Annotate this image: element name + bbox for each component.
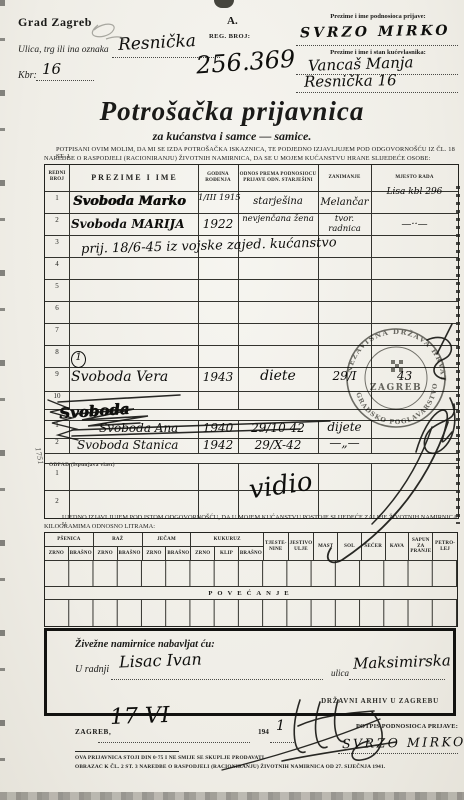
group-header-kukuruz: KUKURUZ (191, 533, 264, 547)
col-header-prezime-ime: PREZIME I IME (71, 173, 198, 183)
odpad-row: 1 vidio (45, 463, 458, 491)
scanned-form-page: Grad Zagreb Ulica, trg ili ina oznaka Re… (0, 0, 464, 800)
member-name-handwriting: Svoboda Marko (71, 194, 200, 209)
row-number: 7 (45, 323, 69, 334)
sub-header: BRAŠNO (69, 547, 94, 561)
footer-city-label: ZAGREB, (75, 728, 111, 736)
sub-header: BRAŠNO (166, 547, 191, 561)
shop-radnji-label: U radnji (75, 664, 109, 675)
scan-edge-bottom (0, 792, 464, 800)
sub-header: ZRNO (94, 547, 118, 561)
shop-dotted-line-2 (349, 679, 445, 680)
sub-header: BRAŠNO (118, 547, 143, 561)
col-header-mast: MAST (314, 533, 338, 561)
sub-header: KLIP (215, 547, 239, 561)
row-number: 3 (45, 235, 69, 246)
shop-heading: Živežne namirnice nabavljat ću: (75, 639, 215, 650)
stamp-shield (391, 360, 403, 372)
date-dotted-line (98, 742, 250, 743)
section-letter: A. (227, 15, 238, 27)
member-occupation-handwriting: tvor. radnica (318, 214, 371, 234)
member-year-handwriting: 1940 (198, 421, 238, 435)
member-relation-handwriting: 29/X-42 (238, 438, 318, 452)
registration-number-label: REG. BROJ: (209, 33, 250, 40)
supplies-declaration-line-2: KILOGRAMIMA ODNOSNO LITRAMA: (44, 523, 440, 530)
col-header-redni-broj: REDNI BROJ (45, 171, 69, 184)
row-note-handwriting: prij. 18/6-45 iz vojske zajed. kućanstvo (81, 232, 461, 257)
date-handwriting: 17 VI (110, 703, 170, 730)
house-owner-address-handwriting: Resnička 16 (304, 71, 397, 91)
member-year-handwriting: 1922 (198, 217, 238, 231)
row-number: 1 (45, 191, 69, 202)
member-workplace-handwriting: Lisa kbl 296 (371, 187, 458, 197)
official-round-stamp: NEZAVISNA DRŽAVA HRVATSKA GRADSKO POGLAV… (334, 320, 458, 438)
povecanje-row-label: POVEĆANJE (45, 587, 457, 600)
shop-street-handwriting: Maksimirska (353, 651, 451, 672)
group-header-jecam: JEČAM (143, 533, 192, 547)
stamp-inner-ring (365, 347, 427, 409)
signature-dotted-line (338, 753, 458, 754)
sub-header: ZRNO (143, 547, 167, 561)
group-header-raz: RAŽ (94, 533, 143, 547)
house-number-value-handwriting: 16 (42, 60, 61, 78)
member-relation-handwriting: diete (238, 368, 318, 384)
stamp-center-text: ZAGREB (370, 383, 422, 393)
row-number: 2 (45, 490, 69, 505)
table-row: 2 Svoboda MARIJA 1922 nevjenčana žena tv… (45, 213, 458, 236)
fineprint-line-2: OBRAZAC K ČL. 2 ST. 3 NAREDBE O RASPODJE… (75, 764, 455, 770)
member-name-handwriting: Svoboda Stanica (71, 438, 204, 452)
signature-name-handwriting: SVRZO MIRKO (342, 734, 464, 751)
member-workplace-handwriting: —··— (371, 219, 458, 230)
fineprint-rule (75, 751, 179, 752)
member-year-handwriting: 1942 (198, 438, 238, 452)
col-header-godina: GODINA ROĐENJA (198, 172, 238, 185)
member-name-handwriting: Svoboda Vera (71, 369, 198, 385)
col-header-jestivo-ulje: JESTIVO ULJE (289, 533, 315, 561)
food-supplies-table: PŠENICA RAŽ JEČAM KUKURUZ ZRNO BRAŠNO ZR… (44, 532, 458, 627)
row-number: 9 (45, 367, 69, 378)
prirast-row: 2 Svoboda Stanica 1942 29/X-42 —„— (45, 438, 458, 454)
shop-street-label: ulica (331, 668, 349, 678)
shop-declaration-box: Živežne namirnice nabavljat ću: U radnji… (44, 628, 456, 716)
form-title: Potrošačka prijavnica (0, 96, 464, 127)
applicant-dotted-line (296, 45, 458, 46)
member-year-handwriting: 1943 (198, 370, 238, 384)
row-number: 5 (45, 279, 69, 290)
col-header-mjesto-rada: MJESTO RADA (371, 175, 458, 181)
member-occupation-handwriting: —„— (318, 436, 371, 450)
row-number: 6 (45, 301, 69, 312)
supplies-value-row (45, 561, 457, 587)
shop-name-handwriting: Lisac Ivan (119, 650, 202, 672)
city-label: Grad Zagreb (18, 15, 92, 30)
table-row: 4 (45, 257, 458, 280)
sub-header: ZRNO (45, 547, 69, 561)
street-label: Ulica, trg ili ina oznaka (18, 45, 109, 55)
archive-stamp-text: DRŽAVNI ARHIV U ZAGREBU (321, 697, 439, 705)
row-number: 10 (45, 391, 69, 400)
shop-dotted-line-1 (111, 679, 323, 680)
row-number: 8 (45, 345, 69, 356)
year-prefix: 194 (258, 728, 269, 736)
member-year-handwriting: 1/III 1915 (198, 193, 238, 203)
svg-text:NEZAVISNA DRŽAVA HRVATSKA: NEZAVISNA DRŽAVA HRVATSKA (334, 320, 448, 382)
row-number: 1 (45, 463, 69, 477)
crossed-out-name-scrawl: Svoboda (58, 400, 129, 423)
col-header-odnos: ODNOS PREMA PODNOSIOCU PRIJAVE ODN. STAR… (238, 172, 318, 185)
applicant-name-handwriting: SVRZO MIRKO (300, 23, 451, 42)
table-row: 3 prij. 18/6-45 iz vojske zajed. kućanst… (45, 235, 458, 258)
member-relation-handwriting: 29/10 42 (238, 421, 318, 435)
group-header-psenica: PŠENICA (45, 533, 94, 547)
ink-blob-top (214, 0, 234, 8)
house-number-label: Kbr: (18, 70, 37, 81)
col-header-kava: KAVA (386, 533, 410, 561)
year-handwriting: 1 (276, 718, 285, 734)
street-value-handwriting: Resnička (118, 31, 197, 55)
col-header-secer: ŠEĆER (362, 533, 386, 561)
pencil-circled-mark: 1 (71, 347, 86, 368)
row-number: 1 (45, 420, 69, 429)
member-name-handwriting: Svoboda MARIJA (71, 217, 198, 231)
declaration-line-2: NAREDBE O RASPODJELI (RACIONIRANJU) ŽIVO… (44, 155, 458, 162)
house-number-dotted-line (36, 80, 94, 81)
table-row: 5 (45, 279, 458, 302)
col-header-tjestenine: TJESTE- NINE (264, 533, 289, 561)
col-header-petrolej: PETRO- LEJ (433, 533, 457, 561)
row-number: 2 (45, 213, 69, 224)
stamp-top-text: NEZAVISNA DRŽAVA HRVATSKA (334, 320, 448, 382)
row-number: 4 (45, 257, 69, 268)
owner-dotted-line-2 (296, 92, 458, 93)
registration-number-handwriting: 256.369 (195, 45, 296, 80)
row-number: 2 (45, 438, 69, 446)
margin-pencil-scrawl: 1751 (33, 447, 44, 466)
col-header-zanimanje: ZANIMANJE (318, 175, 371, 181)
signature-label: POTPIS PODNOSIOCA PRIJAVE: (356, 723, 458, 730)
table-row: 1 Svoboda Marko 1/III 1915 starješina Me… (45, 191, 458, 214)
member-occupation-handwriting: Melančar (318, 197, 371, 208)
applicant-name-label: Prezime i ime podnosioca prijave: (298, 13, 458, 20)
member-relation-handwriting: starješina (238, 196, 318, 207)
sub-header: BRAŠNO (239, 547, 264, 561)
fineprint-line-1: OVA PRIJAVNICA STOJI DIN 0·75 I NE SMIJE… (75, 755, 435, 761)
col-header-sol: SOL (338, 533, 362, 561)
supplies-value-row (45, 600, 457, 626)
form-subtitle: za kućanstva i samce — samice. (0, 129, 464, 144)
year-dotted-line (270, 742, 294, 743)
member-relation-handwriting: nevjenčana žena (238, 214, 318, 224)
col-header-sapun: SAPUN ZA PRANJE (409, 533, 433, 561)
sub-header: ZRNO (191, 547, 215, 561)
